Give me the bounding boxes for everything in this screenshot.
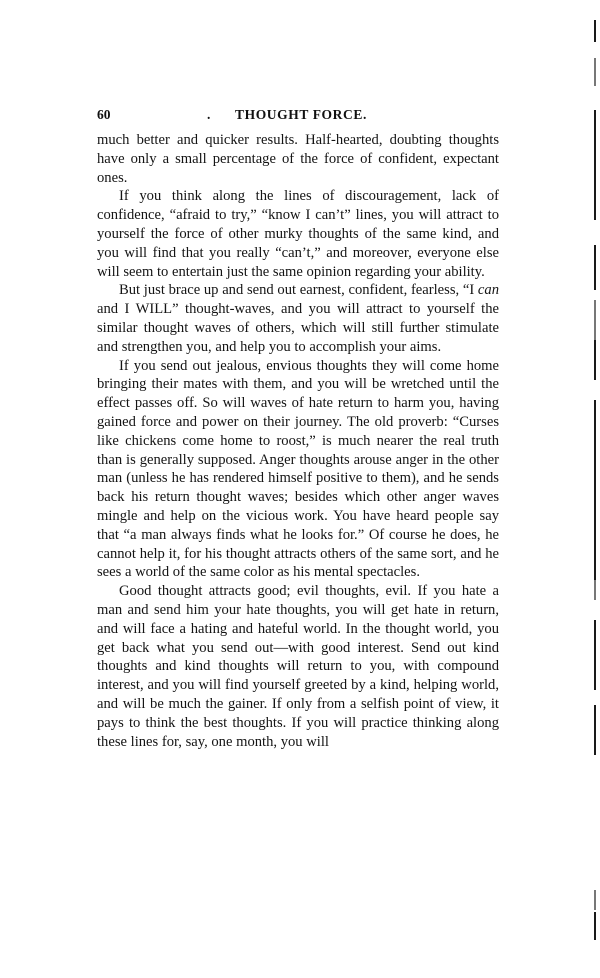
scan-edge-line — [594, 300, 596, 340]
paragraph-4: If you send out jealous, envious thought… — [97, 357, 499, 583]
scan-edge-line — [594, 245, 596, 290]
scan-edge-line — [594, 705, 596, 755]
italic-emphasis: can — [478, 282, 499, 298]
paragraph-2: If you think along the lines of discoura… — [97, 187, 499, 281]
paragraph-1: much better and quicker results. Half-he… — [97, 131, 499, 187]
scan-edge-line — [594, 58, 596, 86]
paragraph-3: But just brace up and send out earnest, … — [97, 281, 499, 356]
header-dot: . — [207, 107, 210, 123]
text-run: But just brace up and send out earnest, … — [119, 282, 478, 298]
text-run: and I WILL” thought-waves, and you will … — [97, 301, 499, 355]
scan-edge-line — [594, 580, 596, 600]
scan-edge-line — [594, 912, 596, 940]
running-header: 60 . THOUGHT FORCE. — [97, 107, 507, 127]
scan-edge-line — [594, 20, 596, 42]
book-page: 60 . THOUGHT FORCE. much better and quic… — [0, 0, 600, 978]
scan-edge-line — [594, 340, 596, 380]
scan-edge-line — [594, 400, 596, 500]
running-title: THOUGHT FORCE. — [235, 107, 367, 123]
scan-edge-line — [594, 500, 596, 580]
scan-edge-line — [594, 620, 596, 690]
scan-edge-line — [594, 890, 596, 910]
paragraph-5: Good thought attracts good; evil thought… — [97, 582, 499, 751]
body-text: much better and quicker results. Half-he… — [97, 131, 499, 751]
scan-edge-line — [594, 110, 596, 220]
page-number: 60 — [97, 107, 111, 123]
